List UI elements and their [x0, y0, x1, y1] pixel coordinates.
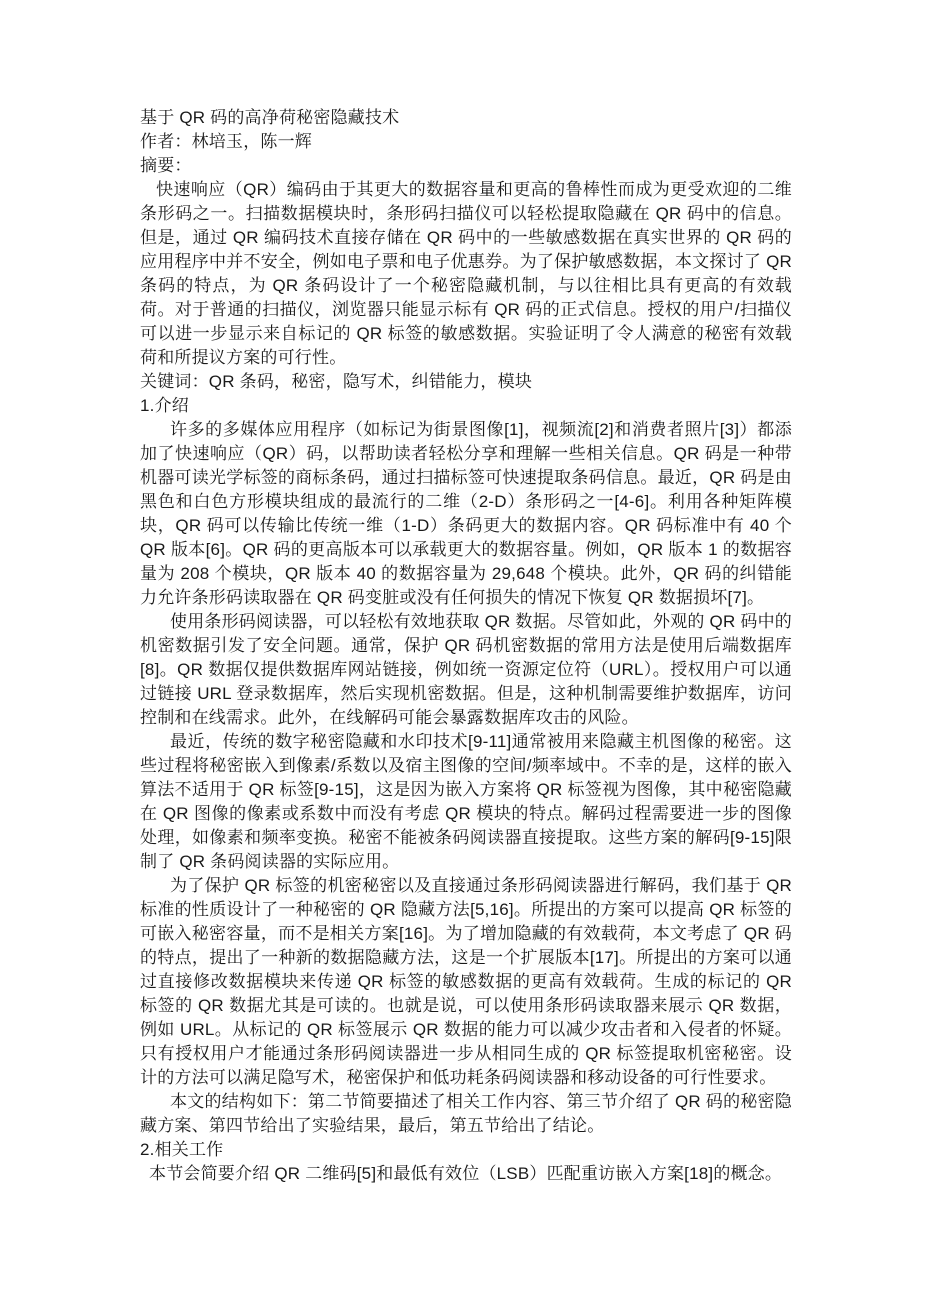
- section-1-paragraph-2: 使用条形码阅读器，可以轻松有效地获取 QR 数据。尽管如此，外观的 QR 码中的…: [140, 610, 792, 730]
- section-1-paragraph-1: 许多的多媒体应用程序（如标记为街景图像[1]，视频流[2]和消费者照片[3]）都…: [140, 418, 792, 610]
- abstract-paragraph: 快速响应（QR）编码由于其更大的数据容量和更高的鲁棒性而成为更受欢迎的二维条形码…: [140, 178, 792, 370]
- abstract-label: 摘要：: [140, 154, 792, 178]
- section-1-paragraph-4: 为了保护 QR 标签的机密秘密以及直接通过条形码阅读器进行解码，我们基于 QR …: [140, 874, 792, 1090]
- section-2-heading: 2.相关工作: [140, 1138, 792, 1162]
- authors-line: 作者：林培玉，陈一辉: [140, 130, 792, 154]
- page-title: 基于 QR 码的高净荷秘密隐藏技术: [140, 106, 792, 130]
- keywords-line: 关键词：QR 条码，秘密，隐写术，纠错能力，模块: [140, 370, 792, 394]
- document-page: 基于 QR 码的高净荷秘密隐藏技术 作者：林培玉，陈一辉 摘要： 快速响应（QR…: [0, 0, 926, 1309]
- section-1-paragraph-3: 最近，传统的数字秘密隐藏和水印技术[9-11]通常被用来隐藏主机图像的秘密。这些…: [140, 730, 792, 874]
- document-body: 基于 QR 码的高净荷秘密隐藏技术 作者：林培玉，陈一辉 摘要： 快速响应（QR…: [140, 106, 792, 1186]
- section-1-heading: 1.介绍: [140, 394, 792, 418]
- section-2-paragraph-1: 本节会简要介绍 QR 二维码[5]和最低有效位（LSB）匹配重访嵌入方案[18]…: [140, 1162, 792, 1186]
- section-1-paragraph-5: 本文的结构如下：第二节简要描述了相关工作内容、第三节介绍了 QR 码的秘密隐藏方…: [140, 1090, 792, 1138]
